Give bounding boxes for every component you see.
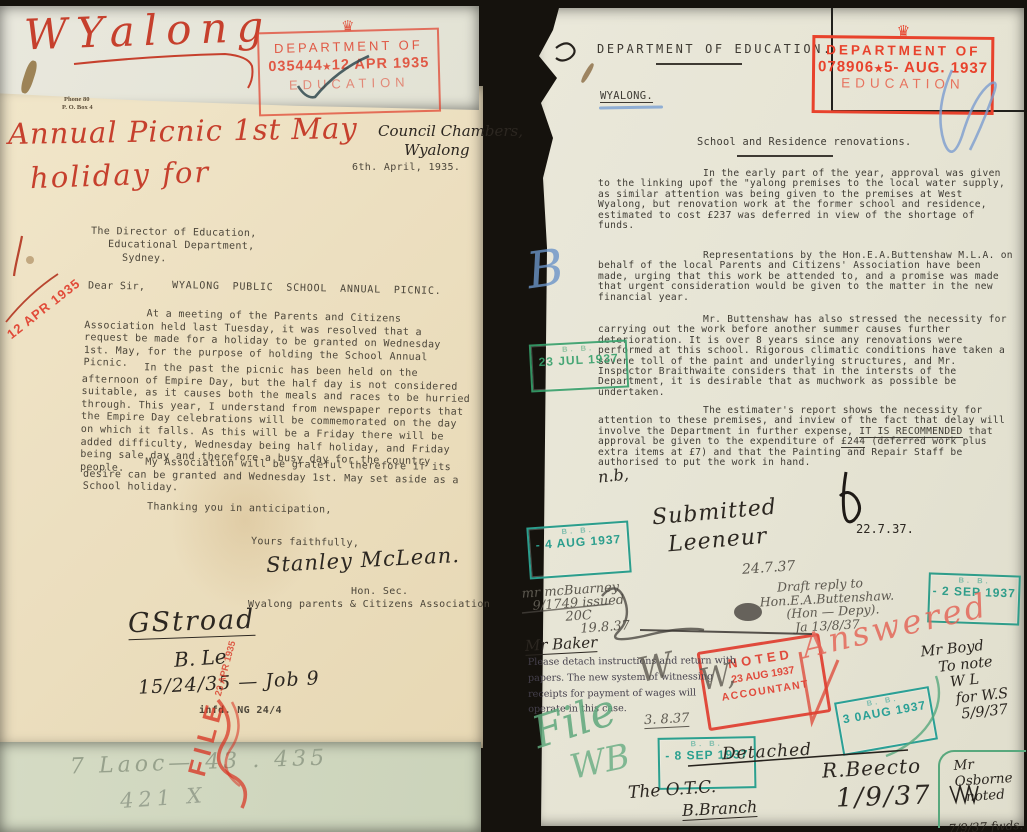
address-line: Sydney. bbox=[122, 253, 167, 266]
stamp-number-date: 035444★12 APR 1935 bbox=[260, 55, 438, 76]
address-line: Educational Department, bbox=[108, 239, 255, 254]
red-annotation-line2: holiday for bbox=[29, 155, 210, 195]
body-paragraph: Mr. Buttenshaw has also stressed the nec… bbox=[598, 315, 1015, 398]
subject-line: School and Residence renovations. bbox=[697, 137, 911, 147]
stamp-line2: EDUCATION bbox=[815, 75, 991, 92]
nb-initials: n.b, bbox=[597, 464, 630, 486]
pencil-date-note: 3. 8.37 bbox=[644, 711, 690, 729]
star-icon: ★ bbox=[874, 64, 884, 75]
stamp-line1: DEPARTMENT OF bbox=[815, 42, 991, 59]
crown-icon: ♛ bbox=[341, 17, 355, 35]
dept-education-received-stamp-1937: ♛ DEPARTMENT OF 078906★5- AUG. 1937 EDUC… bbox=[812, 35, 995, 115]
branch-note: B.Branch bbox=[682, 797, 758, 821]
mcburney-note: mr mcBuarney 9/1749 issued 20C 19.8.37 bbox=[521, 580, 630, 639]
body-paragraph-recommendation: The estimater's report shows the necessi… bbox=[598, 406, 1017, 468]
red-annotation-line1: Annual Picnic 1st May bbox=[8, 111, 358, 151]
letterhead-place-line2: Wyalong bbox=[404, 141, 470, 159]
body-paragraph: In the early part of the year, approval … bbox=[598, 169, 1015, 231]
place-heading: WYALONG. bbox=[600, 91, 653, 103]
archival-scan: WYalong ♛ DEPARTMENT OF 035444★12 APR 19… bbox=[0, 0, 1027, 832]
stamp-date: 5- AUG. 1937 bbox=[884, 59, 988, 77]
stamp-line1: DEPARTMENT OF bbox=[259, 37, 437, 57]
crown-icon: ♛ bbox=[897, 22, 911, 40]
file-stamp-date: 23 APR 1935 bbox=[213, 640, 238, 698]
subject-underline bbox=[737, 155, 833, 157]
body-paragraph: Representations by the Hon.E.A.Buttensha… bbox=[598, 251, 1015, 303]
stamp-date: 12 APR 1935 bbox=[332, 55, 430, 74]
pencil-initial-w2: W, bbox=[697, 657, 739, 699]
osborne-line: Mr Osborne bbox=[939, 749, 1027, 791]
letterhead-pobox: P. O. Box 4 bbox=[62, 104, 93, 111]
star-icon: ★ bbox=[323, 61, 332, 71]
osborne-note-frame: Mr Osborne noted 7/9/37 fwds. bbox=[938, 750, 1026, 828]
approval-date: 22.7.37. bbox=[856, 522, 914, 536]
letterhead-phone: Phone 80 bbox=[64, 96, 89, 103]
stamp-line2: EDUCATION bbox=[260, 74, 438, 94]
blue-margin-initial: B bbox=[523, 238, 567, 301]
signature-title: Hon. Sec. bbox=[351, 586, 408, 599]
bb-stamp-4-aug-1937: B. B. - 4 AUG 1937 bbox=[526, 521, 631, 580]
letterhead-place-line1: Council Chambers, bbox=[378, 122, 523, 140]
signature-org: Wyalong parents & Citizens Association bbox=[248, 599, 490, 612]
boyd-note: Mr Boyd To note W L for W.S 5/9/37 bbox=[920, 636, 1011, 727]
dept-header-underline bbox=[656, 63, 742, 65]
stamp-number-date: 078906★5- AUG. 1937 bbox=[815, 58, 991, 77]
dept-header: DEPARTMENT OF EDUCATION. bbox=[597, 42, 833, 56]
dept-education-received-stamp-1935: ♛ DEPARTMENT OF 035444★12 APR 1935 EDUCA… bbox=[257, 28, 441, 117]
beecto-date: 1/9/37 bbox=[836, 780, 933, 813]
wyalong-script-annotation: WYalong bbox=[23, 2, 273, 60]
stamp-number: 078906 bbox=[818, 58, 874, 76]
body-paragraph: My Association will be grateful therefor… bbox=[83, 456, 470, 501]
osborne-line: 7/9/37 fwds. bbox=[939, 802, 1026, 832]
bb-stamp-23-jul-1937: B. B. 23 JUL 1937 bbox=[529, 339, 629, 392]
letter-date: 6th. April, 1935. bbox=[352, 162, 460, 175]
salutation: Dear Sir, bbox=[88, 281, 146, 295]
baker-note: Mr Baker bbox=[525, 633, 598, 656]
stamp-number: 035444 bbox=[268, 58, 323, 75]
